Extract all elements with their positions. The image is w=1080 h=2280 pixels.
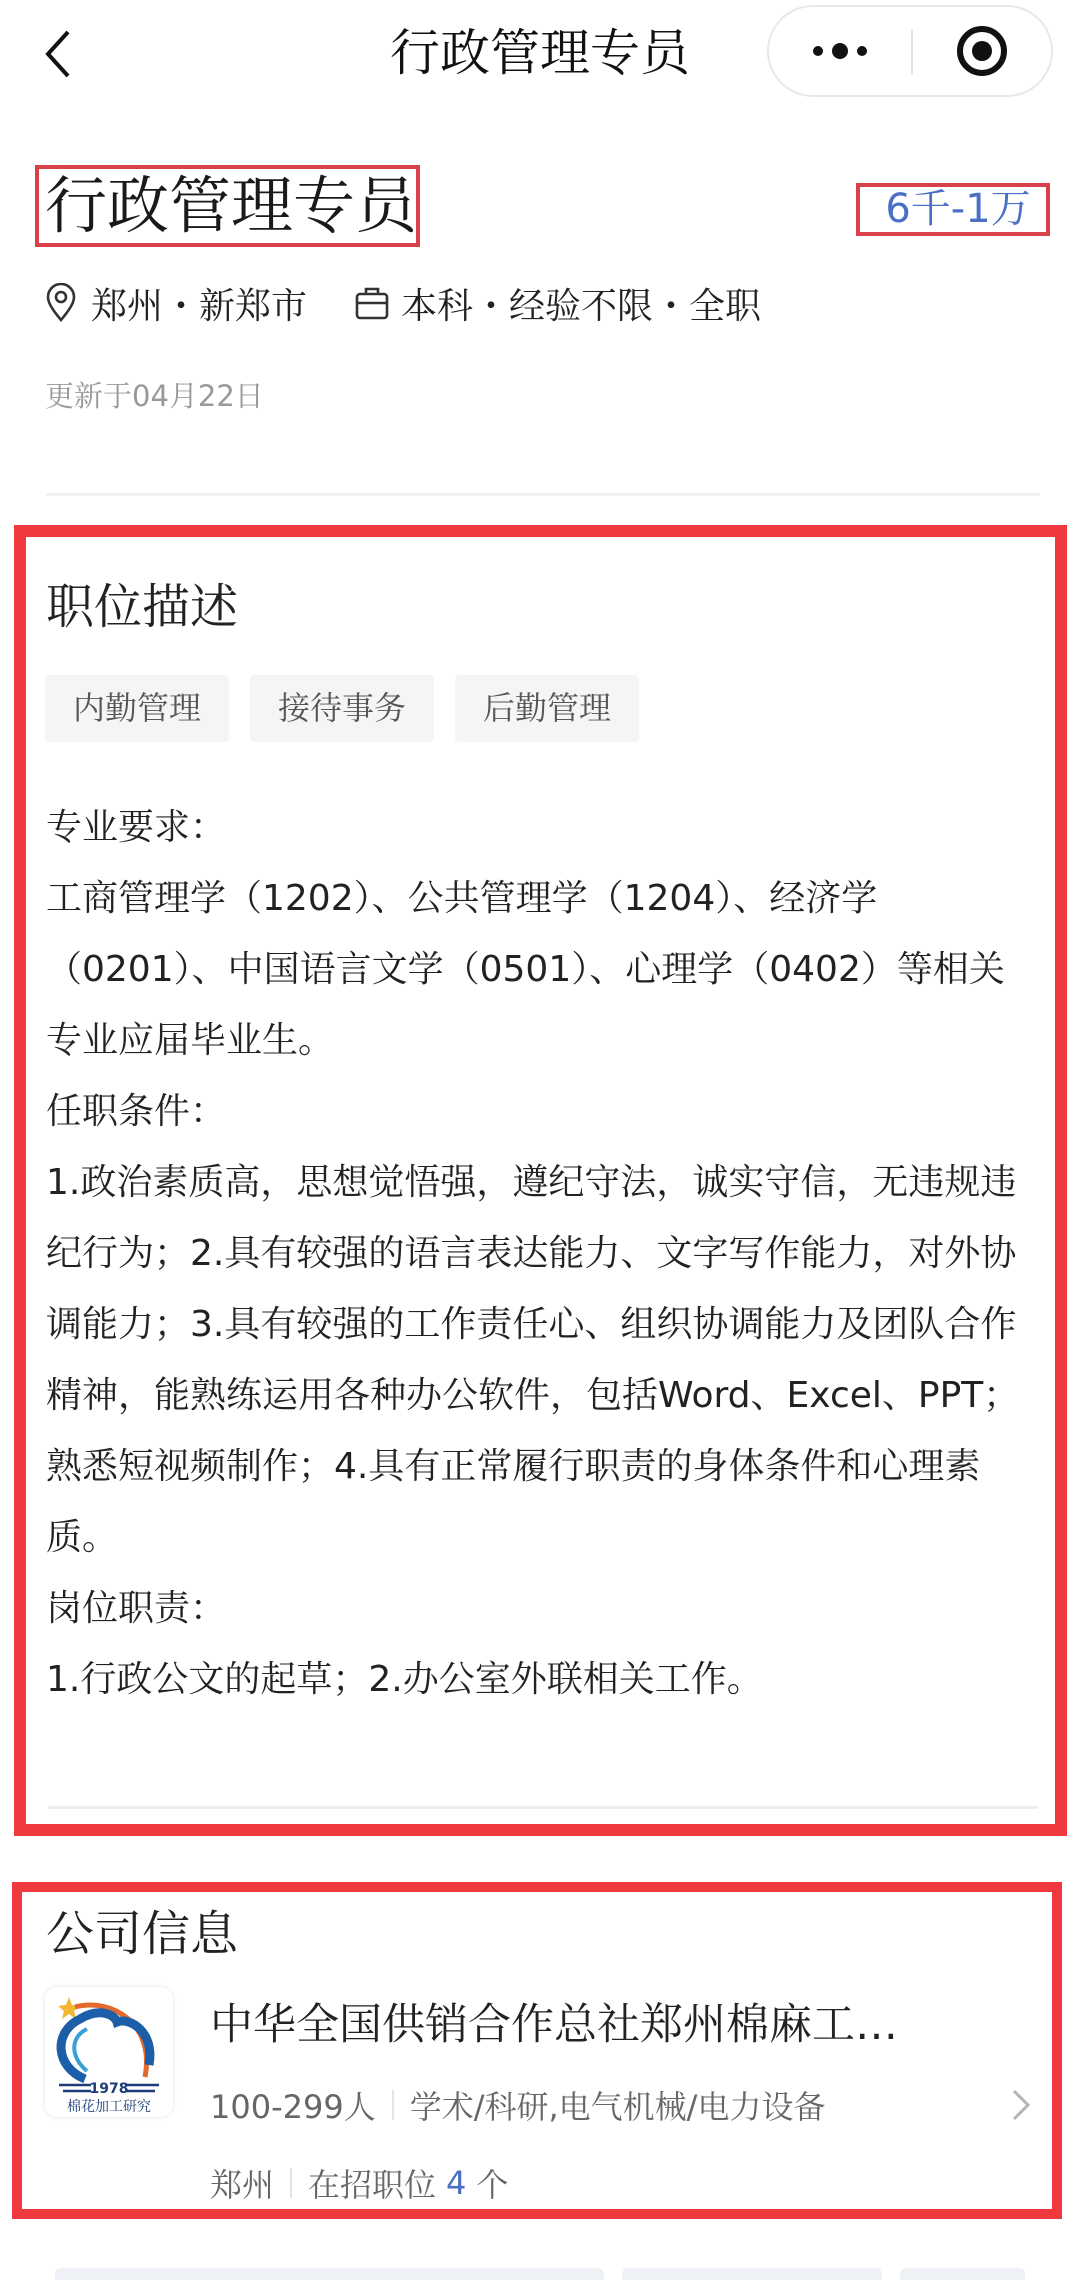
skill-tag: 后勤管理 <box>455 675 639 742</box>
company-heading: 公司信息 <box>46 1895 238 1964</box>
meta-separator <box>392 2090 394 2120</box>
meta-separator <box>290 2168 292 2198</box>
location-pin-icon <box>45 283 79 323</box>
skill-tag: 接待事务 <box>250 675 434 742</box>
close-miniprogram-button[interactable] <box>913 7 1051 95</box>
description-body: 专业要求： 工商管理学（1202）、公共管理学（1204）、经济学（0201）、… <box>46 792 1020 1715</box>
company-size: 100-299人 <box>210 2082 376 2128</box>
company-logo-icon: 1978 棉花加工研究 <box>45 1987 173 2117</box>
chevron-right-icon <box>1008 2085 1034 2125</box>
svg-text:棉花加工研究: 棉花加工研究 <box>67 2098 151 2115</box>
skill-tags: 内勤管理 接待事务 后勤管理 <box>45 675 639 742</box>
updated-date: 更新于04月22日 <box>45 374 264 415</box>
openings-count: 4 <box>446 2164 466 2202</box>
company-meta: 100-299人 学术/科研,电气机械/电力设备 <box>210 2080 825 2130</box>
skill-tag: 内勤管理 <box>45 675 229 742</box>
duties-label: 岗位职责： <box>46 1573 1020 1644</box>
job-meta-row: 郑州・新郑市 本科・经验不限・全职 <box>45 278 761 328</box>
company-detail-button[interactable] <box>1008 2085 1034 2125</box>
annotation-box-salary <box>856 183 1050 236</box>
company-industry: 学术/科研,电气机械/电力设备 <box>410 2082 826 2128</box>
divider <box>48 1806 1038 1809</box>
qualification-text: 1.政治素质高，思想觉悟强，遵纪守法，诚实守信，无违规违纪行为；2.具有较强的语… <box>46 1147 1020 1573</box>
job-requirements: 本科・经验不限・全职 <box>401 278 761 329</box>
company-city: 郑州 <box>210 2160 274 2206</box>
chevron-left-icon <box>38 24 78 84</box>
briefcase-icon <box>355 283 389 323</box>
company-meta-secondary: 郑州 在招职位 4 个 <box>210 2160 508 2206</box>
duties-text: 1.行政公文的起草；2.办公室外联相关工作。 <box>46 1644 1020 1715</box>
mini-program-capsule <box>767 5 1053 97</box>
next-section-preview <box>55 2268 1025 2280</box>
description-heading: 职位描述 <box>46 568 238 637</box>
major-requirement-text: 工商管理学（1202）、公共管理学（1204）、经济学（0201）、中国语言文学… <box>46 863 1020 1076</box>
company-name[interactable]: 中华全国供销合作总社郑州棉麻工… <box>210 1995 970 2055</box>
preview-card <box>900 2268 1025 2280</box>
job-location: 郑州・新郑市 <box>91 278 307 329</box>
annotation-box-title <box>35 165 420 247</box>
preview-card <box>55 2268 604 2280</box>
divider <box>46 493 1040 496</box>
company-logo[interactable]: 1978 棉花加工研究 <box>45 1987 173 2117</box>
svg-text:1978: 1978 <box>90 2081 129 2097</box>
openings-prefix: 在招职位 <box>308 2160 436 2206</box>
more-dots-icon <box>810 41 870 61</box>
major-requirement-label: 专业要求： <box>46 792 1020 863</box>
target-circle-icon <box>954 23 1010 79</box>
openings-suffix: 个 <box>476 2160 508 2206</box>
more-button[interactable] <box>769 7 911 95</box>
preview-card <box>622 2268 882 2280</box>
qualification-label: 任职条件： <box>46 1076 1020 1147</box>
back-button[interactable] <box>38 24 78 84</box>
